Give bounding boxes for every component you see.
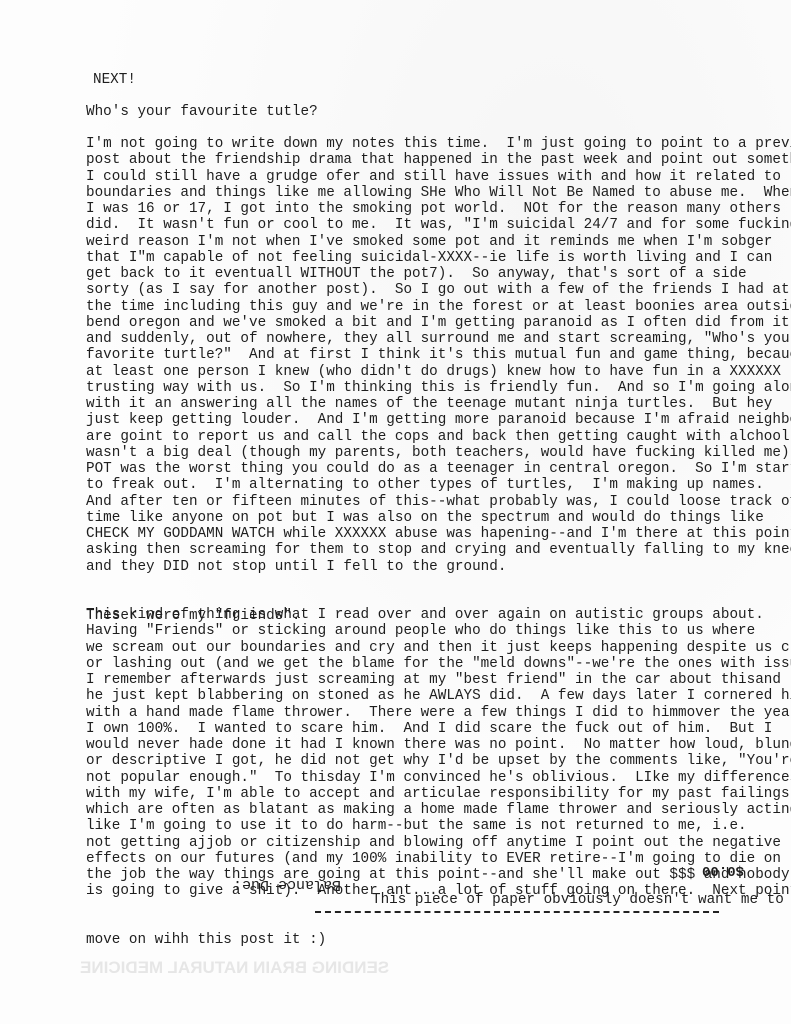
text-line: This kind of thing is what I read over a… (86, 607, 791, 623)
text-line: just keep getting louder. And I'm gettin… (86, 412, 791, 428)
text-line: would never hade done it had I known the… (86, 737, 791, 753)
text-line: or lashing out (and we get the blame for… (86, 656, 791, 672)
text-line: post about the friendship drama that hap… (86, 152, 791, 168)
closing-line: move on wihh this post it :) (86, 932, 326, 948)
text-line: he just kept blabbering on stoned as he … (86, 688, 791, 704)
text-line: and they DID not stop until I fell to th… (86, 559, 791, 575)
text-line: with my wife, I'm able to accept and art… (86, 786, 791, 802)
text-line: and suddenly, out of nowhere, they all s… (86, 331, 791, 347)
text-line: time like anyone on pot but I was also o… (86, 510, 791, 526)
text-line: like I'm going to use it to do harm--but… (86, 818, 791, 834)
heading-next: NEXT! (93, 72, 136, 88)
text-line: I remember afterwards just screaming at … (86, 672, 791, 688)
text-line: I could still have a grudge ofer and sti… (86, 169, 791, 185)
text-line: which are often as blatant as making a h… (86, 802, 791, 818)
text-line: boundaries and things like me allowing S… (86, 185, 791, 201)
text-line: bend oregon and we've smoked a bit and I… (86, 315, 791, 331)
text-line: Having "Friends" or sticking around peop… (86, 623, 791, 639)
text-line: CHECK MY GODDAMN WATCH while XXXXXX abus… (86, 526, 791, 542)
text-line: favorite turtle?" And at first I think i… (86, 347, 791, 363)
text-line: asking then screaming for them to stop a… (86, 542, 791, 558)
text-line: wasn't a big deal (though my parents, bo… (86, 445, 791, 461)
text-line: are goint to report us and call the cops… (86, 429, 791, 445)
text-line: get back to it eventuall WITHOUT the pot… (86, 266, 791, 282)
text-line: not getting ajjob or citizenship and blo… (86, 835, 791, 851)
text-line: that I"m capable of not feeling suicidal… (86, 250, 791, 266)
text-line: or descriptive I got, he did not get why… (86, 753, 791, 769)
bleed-through-text: SENDING BRAIN NATURAL MEDICINE (80, 958, 389, 978)
paragraph-1: I'm not going to write down my notes thi… (86, 136, 791, 575)
text-line: with a hand made flame thrower. There we… (86, 705, 791, 721)
text-line: the time including this guy and we're in… (86, 299, 791, 315)
paper-note: This piece of paper obviously doesn't wa… (372, 892, 784, 908)
text-line: at least one person I knew (who didn't d… (86, 364, 791, 380)
text-line: weird reason I'm not when I've smoked so… (86, 234, 791, 250)
text-line: not popular enough." To thisday I'm conv… (86, 770, 791, 786)
text-line: sorty (as I say for another post). So I … (86, 282, 791, 298)
post-title: Who's your favourite tutle? (86, 104, 318, 120)
text-line: trusting way with us. So I'm thinking th… (86, 380, 791, 396)
text-line: with it an answering all the names of th… (86, 396, 791, 412)
dashed-divider (315, 911, 719, 913)
text-line: did. It wasn't fun or cool to me. It was… (86, 217, 791, 233)
text-line: And after ten or fifteen minutes of this… (86, 494, 791, 510)
text-line: effects on our futures (and my 100% inab… (86, 851, 791, 867)
balance-amount: $0.00 (702, 862, 744, 878)
text-line: I'm not going to write down my notes thi… (86, 136, 791, 152)
text-line: to freak out. I'm alternating to other t… (86, 477, 791, 493)
scanned-page: SENDING BRAIN NATURAL MEDICINE NEXT! Who… (0, 0, 791, 1024)
balance-due-label: Balance Due: (233, 876, 341, 893)
text-line: POT was the worst thing you could do as … (86, 461, 791, 477)
text-line: I was 16 or 17, I got into the smoking p… (86, 201, 791, 217)
text-line: I own 100%. I wanted to scare him. And I… (86, 721, 791, 737)
paragraph-3: This kind of thing is what I read over a… (86, 607, 791, 900)
text-line: we scream out our boundaries and cry and… (86, 640, 791, 656)
text-line: the job the way things are going at this… (86, 867, 791, 883)
